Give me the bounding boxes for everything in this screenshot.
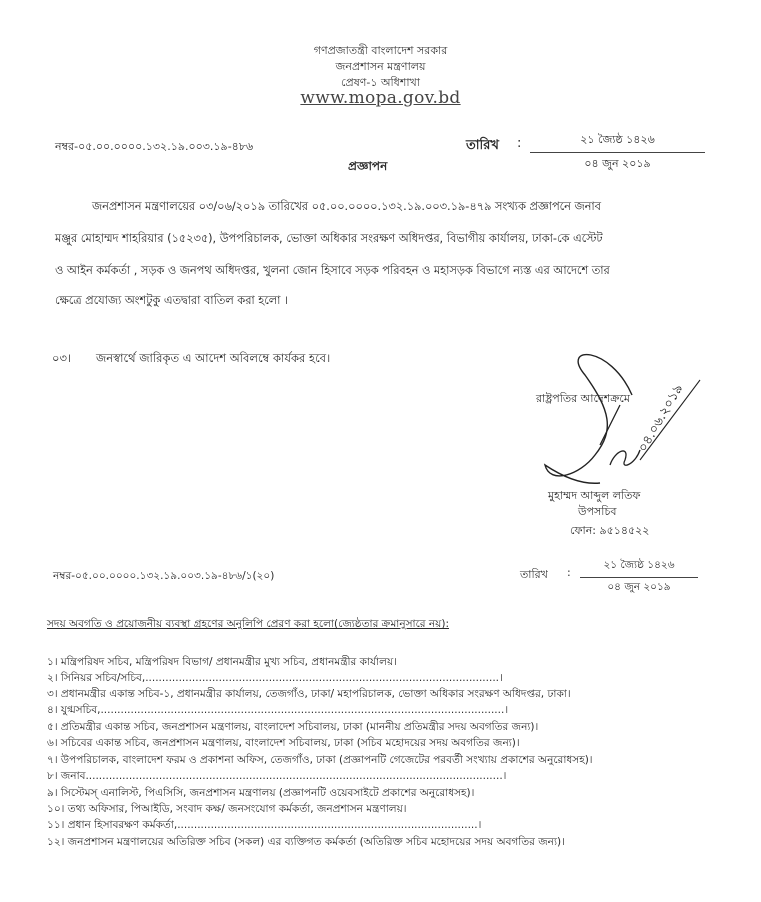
- recipient-item: ৮। জনাব.................................…: [47, 769, 506, 786]
- para1-line-1: জনপ্রশাসন মন্ত্রণালয়ের ০৩/০৬/২০১৯ তারিখ…: [92, 198, 601, 217]
- para2-text: জনস্বার্থে জারিকৃত এ আদেশ অবিলম্বে কার্য…: [96, 350, 330, 369]
- recipient-item: ৩। প্রধানমন্ত্রীর একান্ত সচিব-১, প্রধানম…: [47, 687, 571, 704]
- copy-date-colon: :: [567, 566, 571, 579]
- recipient-item: ১। মন্ত্রিপরিষদ সচিব, মন্ত্রিপরিষদ বিভাগ…: [47, 655, 397, 672]
- signature-scribble-icon: ০৪.০৬.২০১৯: [540, 335, 740, 505]
- recipient-item: ১০। তথ্য অফিসার, পিআইডি, সংবাদ কক্ষ/ জনস…: [47, 802, 407, 819]
- para2-number: ০৩।: [52, 350, 71, 369]
- recipient-item: ১২। জনপ্রশাসন মন্ত্রণালয়ের অতিরিক্ত সচি…: [47, 835, 565, 852]
- copy-date-label: তারিখ: [520, 566, 548, 585]
- recipient-item: ২। সিনিয়র সচিব/সচিব,...................…: [47, 671, 503, 688]
- date-colon: :: [517, 136, 521, 151]
- para1-line-4: ক্ষেত্রে প্রযোজ্য অংশটুকু এতদ্বারা বাতিল…: [55, 292, 288, 311]
- date-gregorian: ০৪ জুন ২০১৯: [530, 152, 705, 174]
- signatory-designation: উপসচিব: [578, 503, 617, 522]
- memo-number: নম্বর-০৫.০০.০০০০.১৩২.১৯.০০৩.১৯-৪৮৬: [55, 138, 253, 157]
- copy-date-gregorian: ০৪ জুন ২০১৯: [580, 577, 698, 597]
- copy-memo-number: নম্বর-০৫.০০.০০০০.১৩২.১৯.০০৩.১৯-৪৮৬/১(২০): [53, 569, 274, 586]
- notification-title: প্রজ্ঞাপন: [348, 158, 387, 178]
- by-order-of-president: রাষ্ট্রপতির আদেশক্রমে: [536, 390, 630, 409]
- recipient-item: ৬। সচিবের একান্ত সচিব, জনপ্রশাসন মন্ত্রণ…: [47, 736, 520, 753]
- svg-text:০৪.০৬.২০১৯: ০৪.০৬.২০১৯: [635, 382, 686, 455]
- date-block: ২১ জ্যৈষ্ঠ ১৪২৬ ০৪ জুন ২০১৯: [530, 131, 705, 174]
- recipient-item: ৯। সিস্টেমস্ এনালিস্ট, পিএসিসি, জনপ্রশাস…: [47, 786, 474, 803]
- copy-date-block: ২১ জ্যৈষ্ঠ ১৪২৬ ০৪ জুন ২০১৯: [580, 558, 698, 597]
- recipient-item: ৫। প্রতিমন্ত্রীর একান্ত সচিব, জনপ্রশাসন …: [47, 720, 538, 737]
- website-link[interactable]: www.mopa.gov.bd: [0, 88, 761, 108]
- para1-line-3: ও আইন কর্মকর্তা , সড়ক ও জনপথ অধিদপ্তর, …: [55, 262, 610, 281]
- recipient-item: ১১। প্রধান হিসাবরক্ষণ কর্মকর্তা,........…: [47, 818, 481, 835]
- date-bangla: ২১ জ্যৈষ্ঠ ১৪২৬: [530, 131, 705, 152]
- signatory-phone: ফোন: ৯৫১৪৫২২: [570, 522, 649, 541]
- copy-date-bangla: ২১ জ্যৈষ্ঠ ১৪২৬: [580, 558, 698, 577]
- recipient-item: ৪। যুগ্মসচিব,...........................…: [47, 703, 508, 720]
- para1-line-2: মঞ্জুর মোহাম্মদ শাহরিয়ার (১৫২৩৫), উপপরি…: [55, 230, 603, 249]
- copy-heading: সদয় অবগতি ও প্রয়োজনীয় ব্যবস্থা গ্রহণে…: [47, 617, 449, 634]
- recipient-item: ৭। উপপরিচালক, বাংলাদেশ ফরম ও প্রকাশনা অফ…: [47, 753, 593, 770]
- date-label: তারিখ: [466, 136, 499, 157]
